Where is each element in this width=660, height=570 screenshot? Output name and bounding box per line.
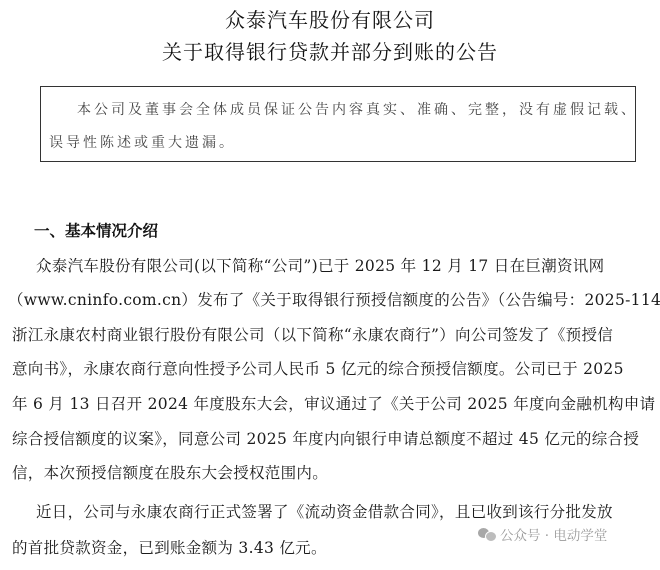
disclaimer-line-1: 本公司及董事会全体成员保证公告内容真实、准确、完整，没有虚假记载、 xyxy=(49,99,633,119)
company-title: 众泰汽车股份有限公司 xyxy=(0,4,660,33)
paragraph-1-line: 众泰汽车股份有限公司(以下简称“公司”)已于 2025 年 12 月 17 日在… xyxy=(36,254,660,276)
watermark: 公众号 · 电动学堂 xyxy=(478,524,607,544)
paragraph-1-line: 信，本次预授信额度在股东大会授权范围内。 xyxy=(12,461,652,483)
paragraph-1-line: （www.cninfo.com.cn）发布了《关于取得银行预授信额度的公告》（公… xyxy=(8,288,648,310)
wechat-icon xyxy=(478,527,496,541)
disclaimer-line-2: 误导性陈述或重大遗漏。 xyxy=(49,132,633,152)
paragraph-1-line: 综合授信额度的议案》，同意公司 2025 年度内向银行申请总额度不超过 45 亿… xyxy=(12,427,652,449)
announcement-title: 关于取得银行贷款并部分到账的公告 xyxy=(0,36,660,65)
paragraph-1-line: 浙江永康农村商业银行股份有限公司（以下简称“永康农商行”）向公司签发了《预授信 xyxy=(12,323,652,345)
paragraph-2-line: 近日，公司与永康农商行正式签署了《流动资金借款合同》，且已收到该行分批发放 xyxy=(36,500,660,522)
watermark-text: 公众号 · 电动学堂 xyxy=(500,524,607,544)
paragraph-1-line: 意向书》，永康农商行意向性授予公司人民币 5 亿元的综合预授信额度。公司已于 2… xyxy=(12,357,652,379)
paragraph-1-line: 年 6 月 13 日召开 2024 年度股东大会，审议通过了《关于公司 2025… xyxy=(12,392,652,414)
section-heading: 一、基本情况介绍 xyxy=(34,219,158,241)
disclaimer-box: 本公司及董事会全体成员保证公告内容真实、准确、完整，没有虚假记载、 误导性陈述或… xyxy=(40,86,636,162)
